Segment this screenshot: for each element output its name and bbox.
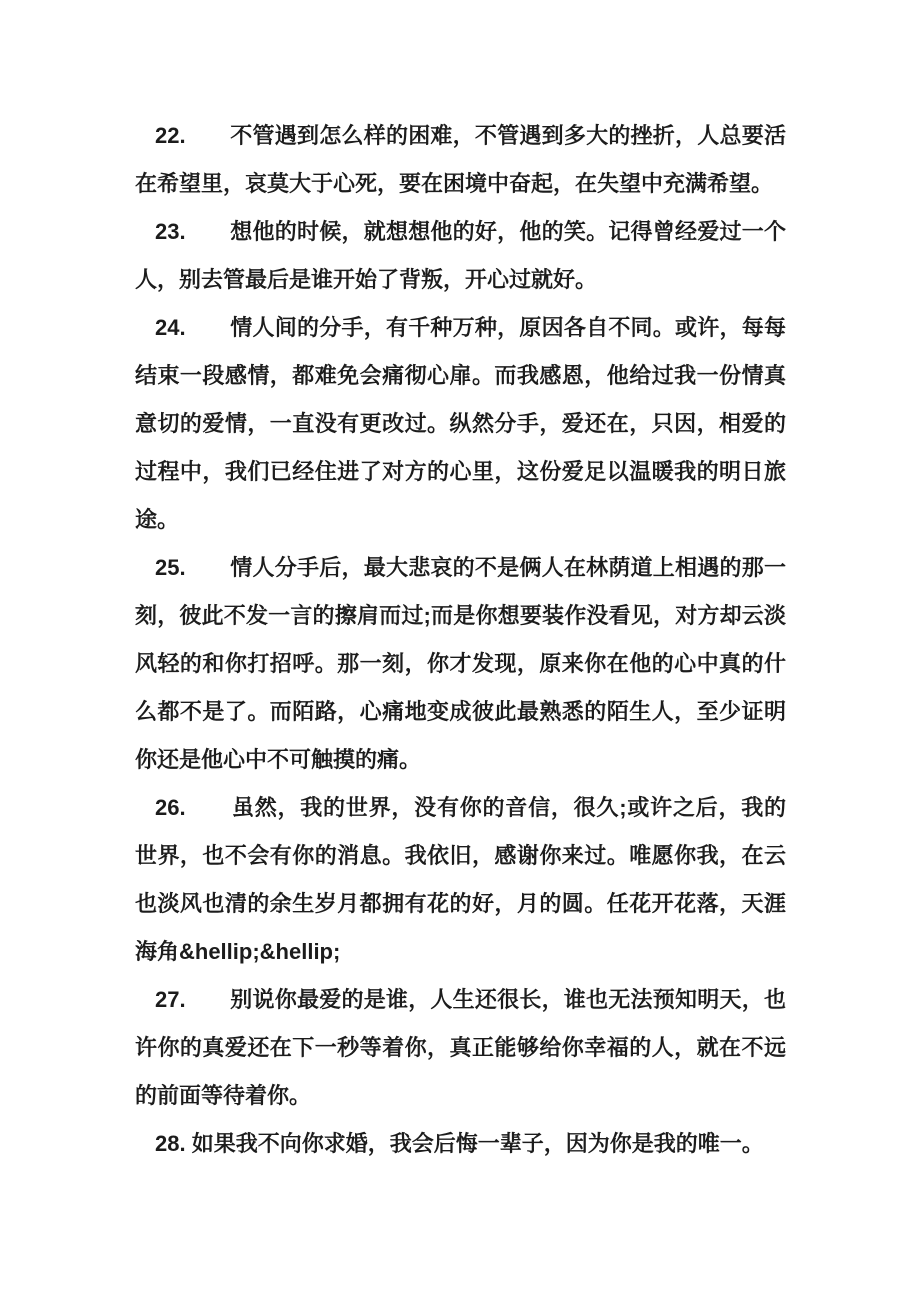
paragraph-text: 如果我不向你求婚，我会后悔一辈子，因为你是我的唯一。 — [192, 1131, 764, 1156]
paragraph-text: 虽然，我的世界，没有你的音信，很久;或许之后，我的世界，也不会有你的消息。我依旧… — [135, 795, 786, 964]
document-page: 22. 不管遇到怎么样的困难，不管遇到多大的挫折，人总要活在希望里，哀莫大于心死… — [0, 0, 920, 1302]
paragraph-number: 27. — [155, 987, 230, 1012]
paragraph-number: 24. — [155, 315, 230, 340]
paragraph-text: 别说你最爱的是谁，人生还很长，谁也无法预知明天，也许你的真爱还在下一秒等着你，真… — [135, 987, 786, 1108]
paragraph: 26. 虽然，我的世界，没有你的音信，很久;或许之后，我的世界，也不会有你的消息… — [135, 784, 786, 976]
paragraph-text: 情人分手后，最大悲哀的不是俩人在林荫道上相遇的那一刻，彼此不发一言的擦肩而过;而… — [135, 555, 786, 772]
paragraph: 24. 情人间的分手，有千种万种，原因各自不同。或许，每每结束一段感情，都难免会… — [135, 304, 786, 544]
paragraph: 27. 别说你最爱的是谁，人生还很长，谁也无法预知明天，也许你的真爱还在下一秒等… — [135, 976, 786, 1120]
paragraph: 22. 不管遇到怎么样的困难，不管遇到多大的挫折，人总要活在希望里，哀莫大于心死… — [135, 112, 786, 208]
paragraph: 28. 如果我不向你求婚，我会后悔一辈子，因为你是我的唯一。 — [135, 1120, 786, 1168]
paragraph: 23. 想他的时候，就想想他的好，他的笑。记得曾经爱过一个人，别去管最后是谁开始… — [135, 208, 786, 304]
paragraph-number: 22. — [155, 123, 230, 148]
paragraph: 25. 情人分手后，最大悲哀的不是俩人在林荫道上相遇的那一刻，彼此不发一言的擦肩… — [135, 544, 786, 784]
paragraph-text: 想他的时候，就想想他的好，他的笑。记得曾经爱过一个人，别去管最后是谁开始了背叛，… — [135, 219, 786, 292]
paragraph-text: 情人间的分手，有千种万种，原因各自不同。或许，每每结束一段感情，都难免会痛彻心扉… — [135, 315, 786, 532]
paragraph-number: 25. — [155, 555, 230, 580]
paragraph-number: 28. — [155, 1131, 192, 1156]
paragraph-text: 不管遇到怎么样的困难，不管遇到多大的挫折，人总要活在希望里，哀莫大于心死，要在困… — [135, 123, 786, 196]
paragraph-number: 26. — [155, 795, 232, 820]
paragraph-number: 23. — [155, 219, 230, 244]
paragraph-list: 22. 不管遇到怎么样的困难，不管遇到多大的挫折，人总要活在希望里，哀莫大于心死… — [135, 112, 786, 1168]
